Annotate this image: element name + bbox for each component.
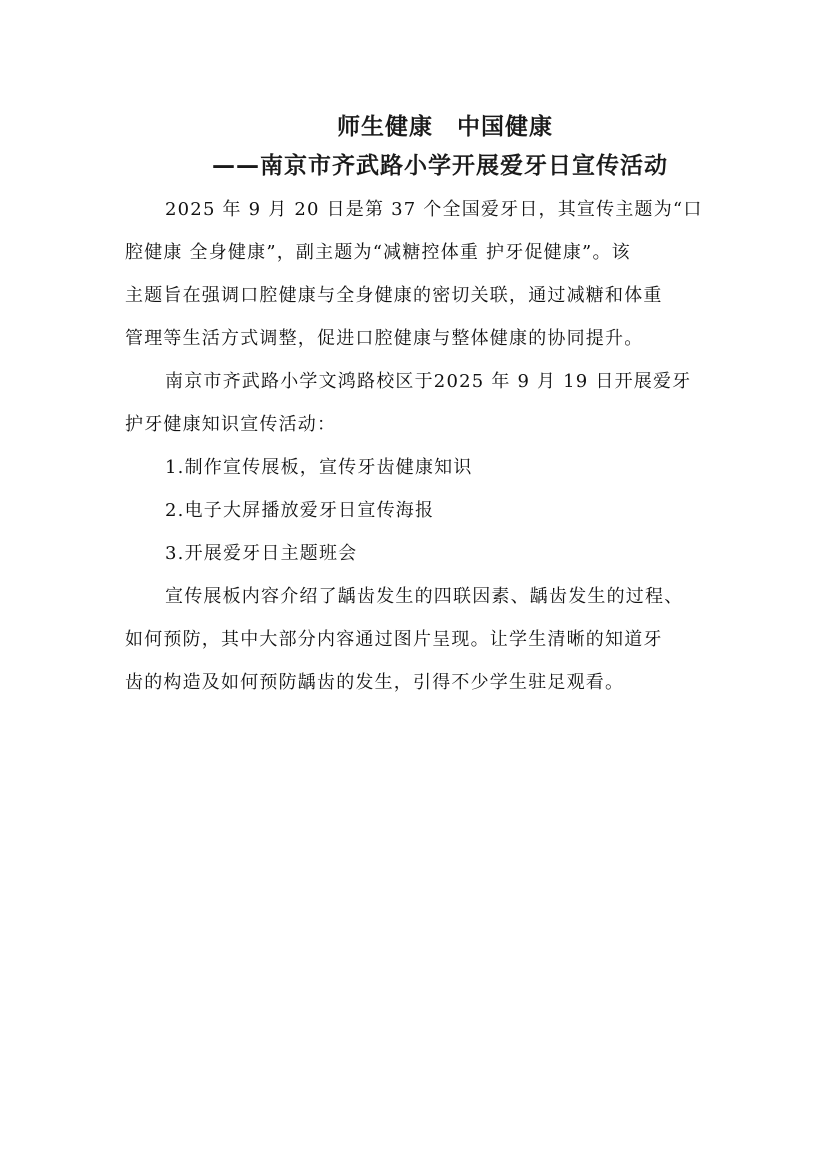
paragraph-2-line-2: 护牙健康知识宣传活动： <box>125 414 336 436</box>
list-item-3: 3.开展爱牙日主题班会 <box>165 543 357 565</box>
list-item-2: 2.电子大屏播放爱牙日宣传海报 <box>165 500 434 522</box>
paragraph-2-line-1: 南京市齐武路小学文鸿路校区于2025 年 9 月 19 日开展爱牙 <box>165 371 691 393</box>
paragraph-1-line-2: 腔健康 全身健康”，副主题为“减糖控体重 护牙促健康”。该 <box>125 242 631 264</box>
list-item-1: 1.制作宣传展板，宣传牙齿健康知识 <box>165 457 473 479</box>
paragraph-1-line-4: 管理等生活方式调整，促进口腔健康与整体健康的协同提升。 <box>125 328 643 350</box>
document-subtitle: ——南京市齐武路小学开展爱牙日宣传活动 <box>212 147 668 180</box>
closing-paragraph-line-1: 宣传展板内容介绍了龋齿发生的四联因素、龋齿发生的过程、 <box>165 586 683 608</box>
paragraph-1-line-1: 2025 年 9 月 20 日是第 37 个全国爱牙日，其宣传主题为“口 <box>165 199 703 221</box>
closing-paragraph-line-3: 齿的构造及如何预防龋齿的发生，引得不少学生驻足观看。 <box>125 672 624 694</box>
document-page: 师生健康 中国健康 ——南京市齐武路小学开展爱牙日宣传活动 2025 年 9 月… <box>0 0 827 1170</box>
closing-paragraph-line-2: 如何预防，其中大部分内容通过图片呈现。让学生清晰的知道牙 <box>125 629 663 651</box>
paragraph-1-line-3: 主题旨在强调口腔健康与全身健康的密切关联，通过减糖和体重 <box>125 285 663 307</box>
document-title: 师生健康 中国健康 <box>337 108 553 141</box>
